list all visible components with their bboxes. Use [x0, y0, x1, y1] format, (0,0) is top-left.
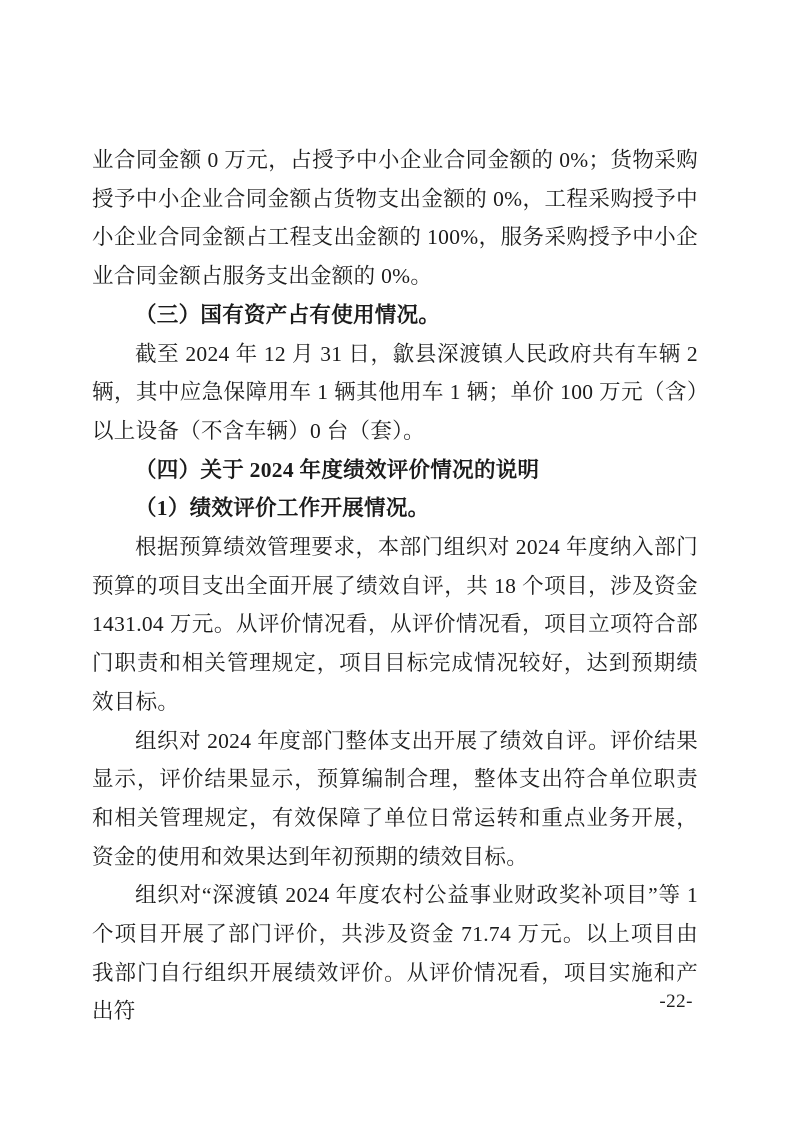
- paragraph-smb-procurement-shares: 业合同金额 0 万元，占授予中小企业合同金额的 0%；货物采购授予中小企业合同金…: [92, 141, 698, 296]
- heading-section-4-performance-evaluation: （四）关于 2024 年度绩效评价情况的说明: [92, 451, 698, 490]
- paragraph-project-self-evaluation: 根据预算绩效管理要求，本部门组织对 2024 年度纳入部门预算的项目支出全面开展…: [92, 528, 698, 722]
- document-page: 业合同金额 0 万元，占授予中小企业合同金额的 0%；货物采购授予中小企业合同金…: [0, 0, 793, 1122]
- paragraph-state-assets-usage: 截至 2024 年 12 月 31 日，歙县深渡镇人民政府共有车辆 2 辆，其中…: [92, 335, 698, 451]
- document-content: 业合同金额 0 万元，占授予中小企业合同金额的 0%；货物采购授予中小企业合同金…: [92, 141, 698, 1031]
- paragraph-overall-expenditure-self-evaluation: 组织对 2024 年度部门整体支出开展了绩效自评。评价结果显示，评价结果显示，预…: [92, 722, 698, 877]
- page-number: -22-: [659, 991, 693, 1013]
- paragraph-department-evaluation-rural-project: 组织对“深渡镇 2024 年度农村公益事业财政奖补项目”等 1 个项目开展了部门…: [92, 876, 698, 1031]
- heading-section-3-state-assets: （三）国有资产占有使用情况。: [92, 296, 698, 335]
- heading-performance-evaluation-work: （1）绩效评价工作开展情况。: [92, 489, 698, 528]
